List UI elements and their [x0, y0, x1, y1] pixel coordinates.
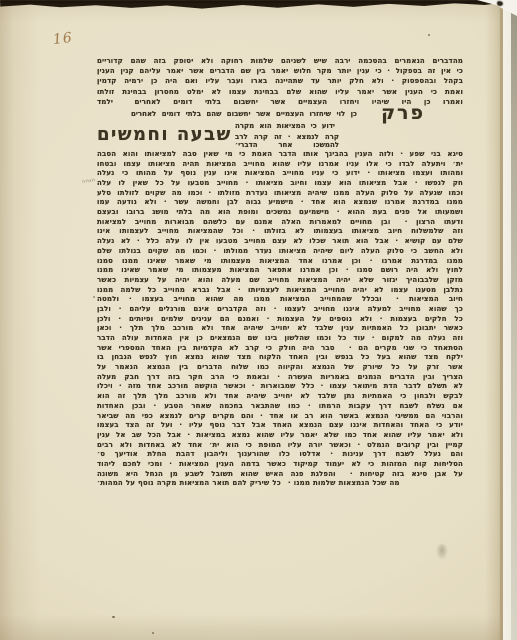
manuscript-line: כי אין זה בספקול · כי ענין יותר מקר חלוש… — [97, 66, 463, 76]
manuscript-line: חק לנפשו · אבל מציאותו הוא עצמו וחיוב מצ… — [97, 179, 463, 189]
manuscript-line: על אבן סינא בזה קטיחות · והפלגת פנה האיש… — [97, 470, 463, 480]
manuscript-page-photo: 16 הגהה מהדברים הנאמרים בהסכמה ירבה שיש … — [0, 0, 517, 640]
page-top-edge-line — [0, 0, 517, 3]
manuscript-line: כל חלקים בעצמות · ולא נוספים על העצמות ·… — [97, 315, 463, 325]
paper-stain — [436, 544, 448, 560]
manuscript-line: ממנו במדרגת אמרנו שנמצא הוא אחד · מישמיע… — [97, 198, 463, 208]
manuscript-line: מהדברים הנאמרים בהסכמה ירבה שיש לשניהם ש… — [97, 56, 463, 66]
manuscript-line: והרבוי הם ממשיגי הנמצא באשר הוא רב או אח… — [97, 412, 463, 422]
chapter-body-paragraph: סיגא בני שפע · ולזה הענין בהבינך אותו הד… — [97, 150, 463, 489]
manuscript-line: לבקש ולבחון כי האמתיות נתן שלבד לא יחויי… — [97, 392, 463, 402]
chapter-word: פרק — [381, 104, 425, 123]
marginal-gloss: הגהה — [82, 177, 96, 185]
manuscript-line: כך שהוא מחוייב למעלה איננו מחוייב לעצמו … — [97, 305, 463, 315]
manuscript-line: סיגא בני שפע · ולזה הענין בהבינך אותו הד… — [97, 150, 463, 160]
manuscript-line: לא תשלם לדבר הדת מיתואר עצמו · כלל שמבוא… — [97, 382, 463, 392]
manuscript-line: מה שכל הנמצאות שלמות ממנו · כל שיריק להם… — [97, 479, 463, 489]
chapter-opening-line-2: קרה לנמצא · זה קרה לרב להמשכו אחר הדברי׳ — [235, 133, 339, 149]
ink-speck — [152, 632, 154, 634]
manuscript-line: קמיין ובין קרובים הנמלט · וכאשר יורה עלי… — [97, 441, 463, 451]
ink-speck — [428, 34, 430, 36]
manuscript-line: וזה שלמשלוח חיוב מציאותו בעצמותו לא בזול… — [97, 227, 463, 237]
ink-speck — [93, 296, 95, 298]
manuscript-line: ואמת כי הענין אשר יאמר עליו שהוא שלם בבח… — [97, 87, 463, 97]
manuscript-line: ודעתו הרצון · ובן מחויים למאמרות האלה אמ… — [97, 218, 463, 228]
chapter-number-title: שבעה וחמשים — [97, 125, 232, 145]
manuscript-line: מזקן שלבבוהיך יגזור שלא יהיה המציאות מחו… — [97, 276, 463, 286]
manuscript-line: ולא החשב כי סלוק העלה ליום שיהיה מציאותו… — [97, 247, 463, 257]
folio-number: 16 — [52, 30, 74, 48]
heading-row-top: כן לוי שיחזרו העצמיים אשר יחשבום שהם בלת… — [97, 107, 463, 122]
corner-ink-mark — [497, 1, 503, 6]
manuscript-line: אם נשלח לשבח דרך עקבות הרמתו · כמו שהתבא… — [97, 402, 463, 412]
manuscript-line: הסליחות קוח המזהות כי לא יעמוד קמיקוד כא… — [97, 460, 463, 470]
ink-speck — [112, 616, 115, 618]
manuscript-line: אשר זרק על כל שיורק של הנמצא והקיווה כמו… — [97, 363, 463, 373]
manuscript-line: ומהותו ועצמו מציאותו · ידוע כי עניו מחוי… — [97, 169, 463, 179]
manuscript-line: שלם עם קושיא · אבל הוא תואר שכלו לא עצם … — [97, 237, 463, 247]
chapter-opening-line-1: ידוע כי המציאות הוא מקרה — [235, 122, 335, 130]
manuscript-line: וזה נעלה מה למקום · עוד כל וכמו שהלשון ב… — [97, 334, 463, 344]
manuscript-line: ממנו במדרגת אמרנו · וכן אמרנו אחד המציאו… — [97, 257, 463, 267]
manuscript-line: לחוץ ולא היה רושם סמנו · וכן אמרנו אתפאר… — [97, 266, 463, 276]
manuscript-line: חיוב המציאות · ובכלל שהמחוייב המציאות ממ… — [97, 295, 463, 305]
manuscript-line: הצריך ובין הדברים הנמנים באמריות העשרה ·… — [97, 373, 463, 383]
manuscript-line: והם נעלל לשבח דרך ענינות · אדלסו כלו שהו… — [97, 450, 463, 460]
manuscript-line: הסתאחד כי שני מקרים הם · סבר היה חולק כי… — [97, 344, 463, 354]
manuscript-line: כאשר יתבונן כל האמתיות ענין שלבד לא יחוי… — [97, 324, 463, 334]
manuscript-line: ושמעותו אל פנים בעת ההוא · מישמיעם נמשכי… — [97, 208, 463, 218]
manuscript-line: ילקח מצד שהוא בעל כל בנפש ובין האחד הלקו… — [97, 353, 463, 363]
manuscript-line: ית׳ ויתעלה לבדו כי אלו עניו אמרנו עליו ש… — [97, 160, 463, 170]
chapter-end-last-line: כן לוי שיחזרו העצמיים אשר יחשבום שהם בלת… — [131, 110, 357, 118]
book-edge-shadow — [511, 0, 517, 640]
manuscript-line: וכמו שנעלה על סלוק העלה ממנו שיהיה מציאו… — [97, 189, 463, 199]
heading-row-title: שבעה וחמשים ידוע כי המציאות הוא מקרה קרה… — [97, 122, 463, 150]
manuscript-line: ולא יאמר עליו שהוא אחד כמו שלא יאמר עליו… — [97, 431, 463, 441]
chapter-end-paragraph: מהדברים הנאמרים בהסכמה ירבה שיש לשניהם ש… — [97, 56, 463, 107]
text-column: מהדברים הנאמרים בהסכמה ירבה שיש לשניהם ש… — [97, 56, 463, 489]
manuscript-line: בקהל ובהספסוק · ולא חלק יותר עד שתהיינה … — [97, 76, 463, 86]
manuscript-line: יודע כי האחד והאחדות איננו עצם הנמצא האח… — [97, 421, 463, 431]
manuscript-line: נתלבן מטענו עצמו לא יהיה מחוייב המציאות … — [97, 286, 463, 296]
